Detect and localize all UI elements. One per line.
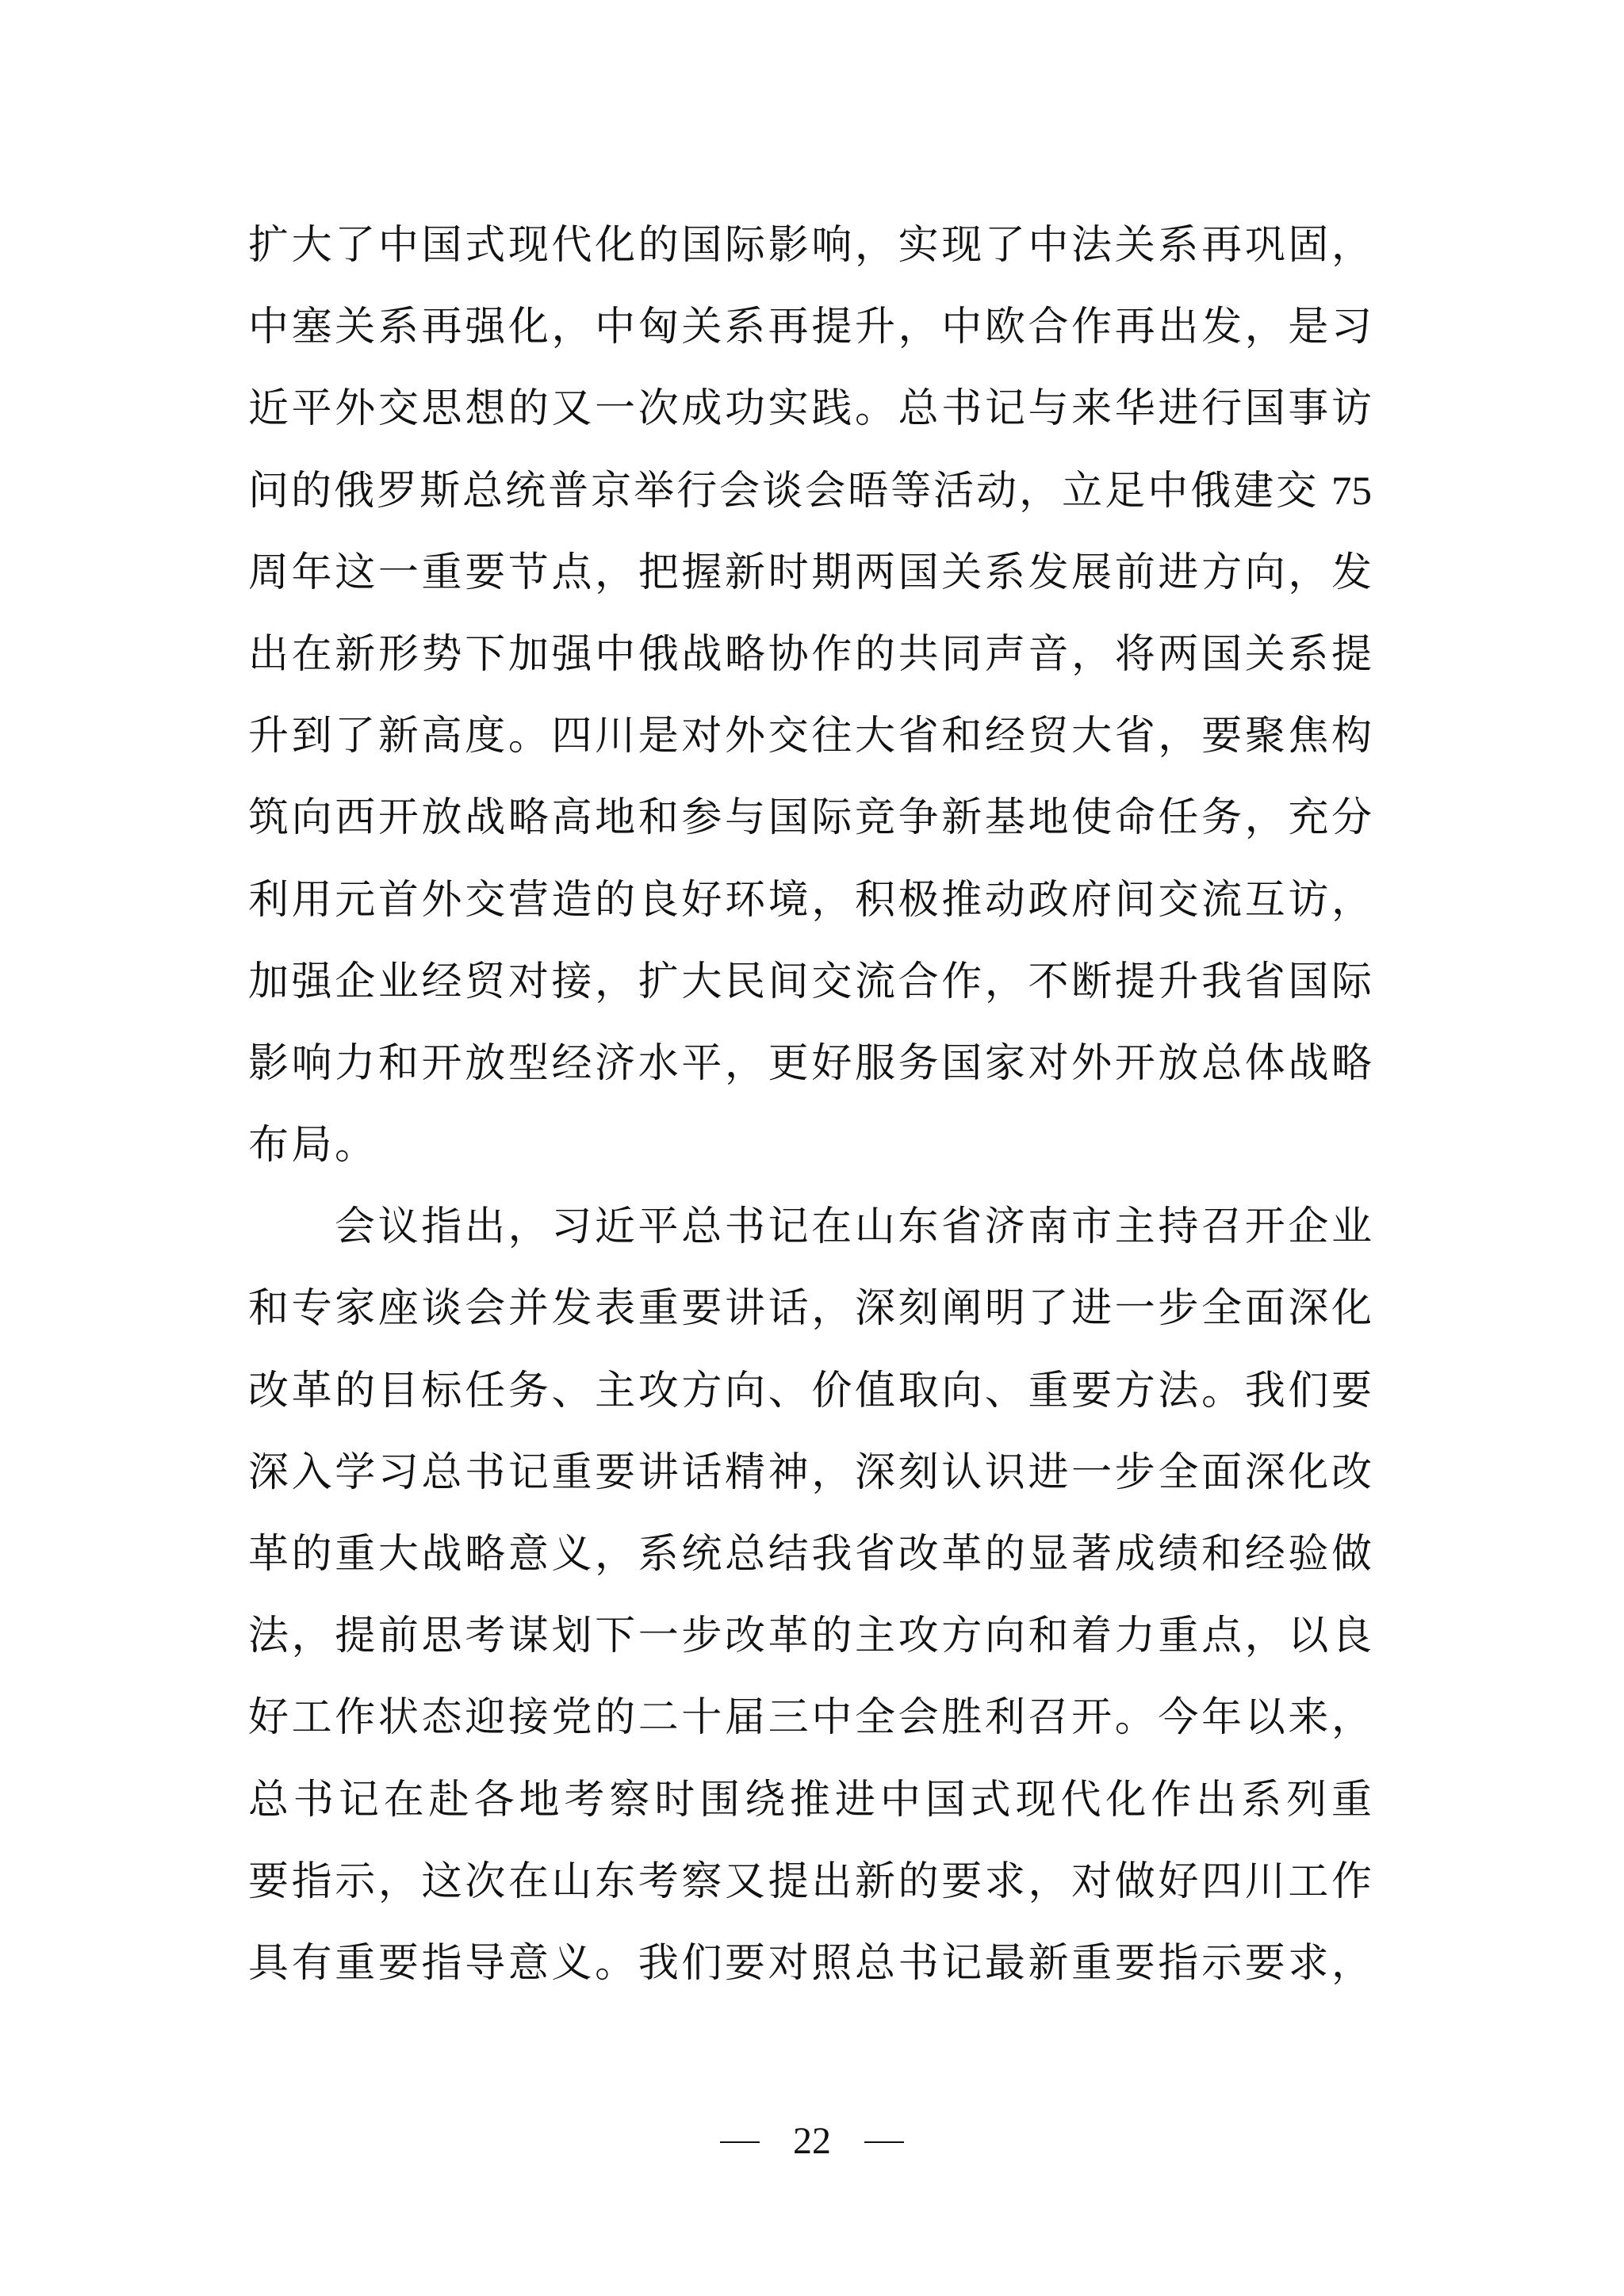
text-line: 加强企业经贸对接，扩大民间交流合作，不断提升我省国际 xyxy=(248,942,1372,1024)
text-line: 和专家座谈会并发表重要讲话，深刻阐明了进一步全面深化 xyxy=(248,1269,1372,1350)
text-line: 中塞关系再强化，中匈关系再提升，中欧合作再出发，是习 xyxy=(248,287,1372,369)
text-line-paragraph-end: 布局。 xyxy=(248,1105,1372,1187)
text-line: 扩大了中国式现代化的国际影响，实现了中法关系再巩固， xyxy=(248,205,1372,287)
text-line: 具有重要指导意义。我们要对照总书记最新重要指示要求， xyxy=(248,1923,1372,2005)
text-line: 法，提前思考谋划下一步改革的主攻方向和着力重点，以良 xyxy=(248,1596,1372,1678)
text-line: 革的重大战略意义，系统总结我省改革的显著成绩和经验做 xyxy=(248,1514,1372,1596)
text-line: 改革的目标任务、主攻方向、价值取向、重要方法。我们要 xyxy=(248,1351,1372,1433)
text-line: 深入学习总书记重要讲话精神，深刻认识进一步全面深化改 xyxy=(248,1433,1372,1514)
text-line: 近平外交思想的又一次成功实践。总书记与来华进行国事访 xyxy=(248,369,1372,450)
text-line: 要指示，这次在山东考察又提出新的要求，对做好四川工作 xyxy=(248,1842,1372,1923)
page-number: 22 xyxy=(793,2119,831,2163)
text-line: 问的俄罗斯总统普京举行会谈会晤等活动，立足中俄建交 75 xyxy=(248,451,1372,533)
text-line: 升到了新高度。四川是对外交往大省和经贸大省，要聚焦构 xyxy=(248,696,1372,778)
text-line: 利用元首外交营造的良好环境，积极推动政府间交流互访， xyxy=(248,860,1372,942)
paragraph-2: 会议指出，习近平总书记在山东省济南市主持召开企业 和专家座谈会并发表重要讲话，深… xyxy=(248,1187,1372,2005)
page-footer: 22 xyxy=(0,2115,1624,2166)
text-line: 出在新形势下加强中俄战略协作的共同声音，将两国关系提 xyxy=(248,614,1372,696)
text-line: 影响力和开放型经济水平，更好服务国家对外开放总体战略 xyxy=(248,1024,1372,1105)
text-line-indented: 会议指出，习近平总书记在山东省济南市主持召开企业 xyxy=(248,1187,1372,1269)
text-line: 好工作状态迎接党的二十届三中全会胜利召开。今年以来， xyxy=(248,1678,1372,1759)
dash-right-decoration xyxy=(864,2141,904,2143)
dash-left-decoration xyxy=(720,2141,760,2143)
text-line: 总书记在赴各地考察时围绕推进中国式现代化作出系列重 xyxy=(248,1760,1372,1842)
paragraph-1: 扩大了中国式现代化的国际影响，实现了中法关系再巩固， 中塞关系再强化，中匈关系再… xyxy=(248,205,1372,1187)
body-text: 扩大了中国式现代化的国际影响，实现了中法关系再巩固， 中塞关系再强化，中匈关系再… xyxy=(248,205,1372,2005)
text-line: 筑向西开放战略高地和参与国际竞争新基地使命任务，充分 xyxy=(248,778,1372,859)
text-line: 周年这一重要节点，把握新时期两国关系发展前进方向，发 xyxy=(248,533,1372,614)
document-page: 扩大了中国式现代化的国际影响，实现了中法关系再巩固， 中塞关系再强化，中匈关系再… xyxy=(0,0,1624,2296)
